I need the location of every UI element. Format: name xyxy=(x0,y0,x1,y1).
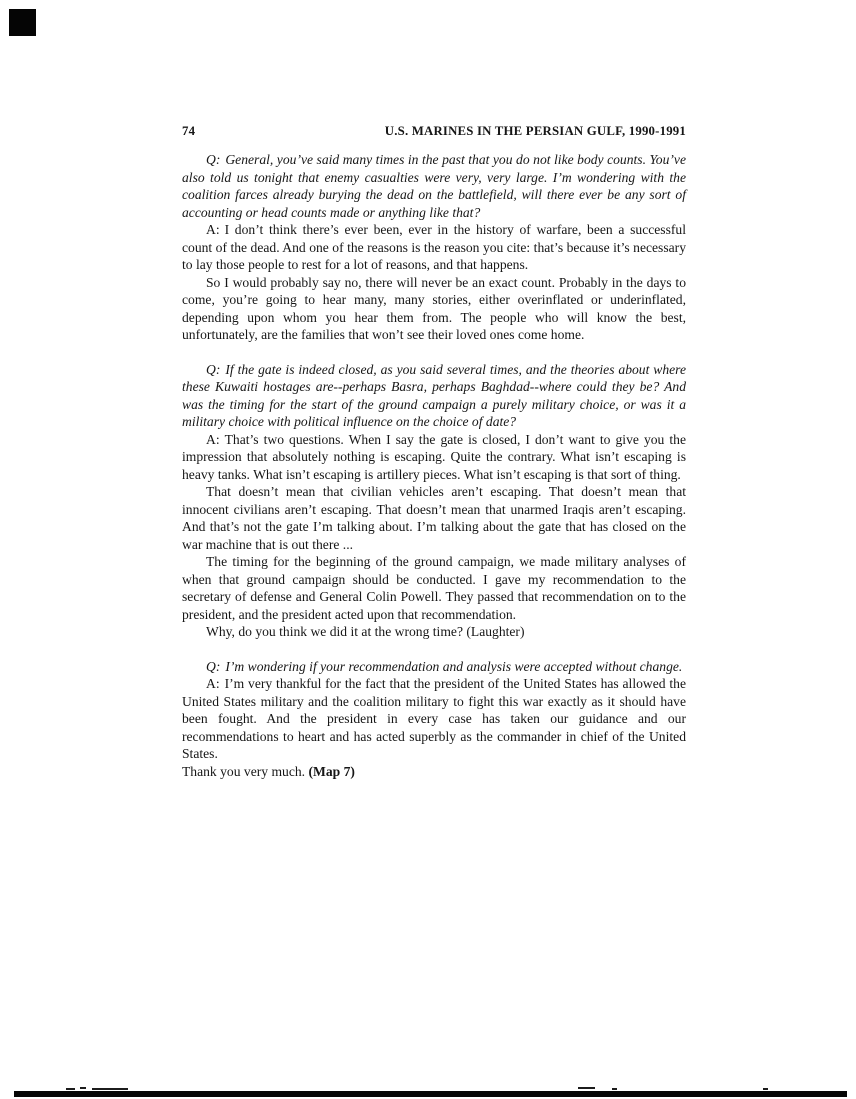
page-header: 74 U.S. MARINES IN THE PERSIAN GULF, 199… xyxy=(182,124,686,139)
answer-paragraph: A:I’m very thankful for the fact that th… xyxy=(182,675,686,763)
closing-text: Thank you very much. xyxy=(182,764,305,779)
question-paragraph: Q:If the gate is indeed closed, as you s… xyxy=(182,361,686,431)
paragraph-text: The timing for the beginning of the grou… xyxy=(182,554,686,622)
map-reference: (Map 7) xyxy=(308,764,354,779)
paragraph-text: So I would probably say no, there will n… xyxy=(182,275,686,343)
paragraph-text: I’m very thankful for the fact that the … xyxy=(182,676,686,761)
question-paragraph: Q:General, you’ve said many times in the… xyxy=(182,151,686,221)
answer-prefix: A: xyxy=(206,676,225,691)
page-content: 74 U.S. MARINES IN THE PERSIAN GULF, 199… xyxy=(182,124,686,780)
answer-paragraph: Why, do you think we did it at the wrong… xyxy=(182,623,686,641)
scan-artifact-dash xyxy=(92,1088,128,1090)
paragraph-text: I don’t think there’s ever been, ever in… xyxy=(182,222,686,272)
scan-artifact-dash xyxy=(80,1087,86,1089)
answer-paragraph: The timing for the beginning of the grou… xyxy=(182,553,686,623)
page-number: 74 xyxy=(182,124,195,139)
answer-prefix: A: xyxy=(206,432,225,447)
paragraph-text: That’s two questions. When I say the gat… xyxy=(182,432,686,482)
answer-paragraph: So I would probably say no, there will n… xyxy=(182,274,686,344)
scan-artifact-dash xyxy=(578,1087,595,1089)
answer-paragraph: That doesn’t mean that civilian vehicles… xyxy=(182,483,686,553)
scan-artifact-dash xyxy=(612,1088,617,1090)
question-prefix: Q: xyxy=(206,659,225,674)
question-prefix: Q: xyxy=(206,362,225,377)
document-page: 74 U.S. MARINES IN THE PERSIAN GULF, 199… xyxy=(0,0,856,1099)
answer-paragraph: A:I don’t think there’s ever been, ever … xyxy=(182,221,686,274)
scan-bottom-bar xyxy=(14,1091,847,1097)
running-title: U.S. MARINES IN THE PERSIAN GULF, 1990-1… xyxy=(385,124,686,139)
paragraph-text: That doesn’t mean that civilian vehicles… xyxy=(182,484,686,552)
answer-prefix: A: xyxy=(206,222,225,237)
paragraph-text: I’m wondering if your recommendation and… xyxy=(225,659,682,674)
question-prefix: Q: xyxy=(206,152,225,167)
transcript-body: Q:General, you’ve said many times in the… xyxy=(182,151,686,780)
scan-artifact-dash xyxy=(66,1088,75,1090)
closing-line: Thank you very much. (Map 7) xyxy=(182,763,686,781)
question-paragraph: Q:I’m wondering if your recommendation a… xyxy=(182,658,686,676)
answer-paragraph: A:That’s two questions. When I say the g… xyxy=(182,431,686,484)
paragraph-text: Why, do you think we did it at the wrong… xyxy=(206,624,525,639)
paragraph-text: General, you’ve said many times in the p… xyxy=(182,152,686,220)
scan-corner-mark xyxy=(9,9,36,36)
paragraph-text: If the gate is indeed closed, as you sai… xyxy=(182,362,686,430)
scan-artifact-dash xyxy=(763,1088,768,1090)
